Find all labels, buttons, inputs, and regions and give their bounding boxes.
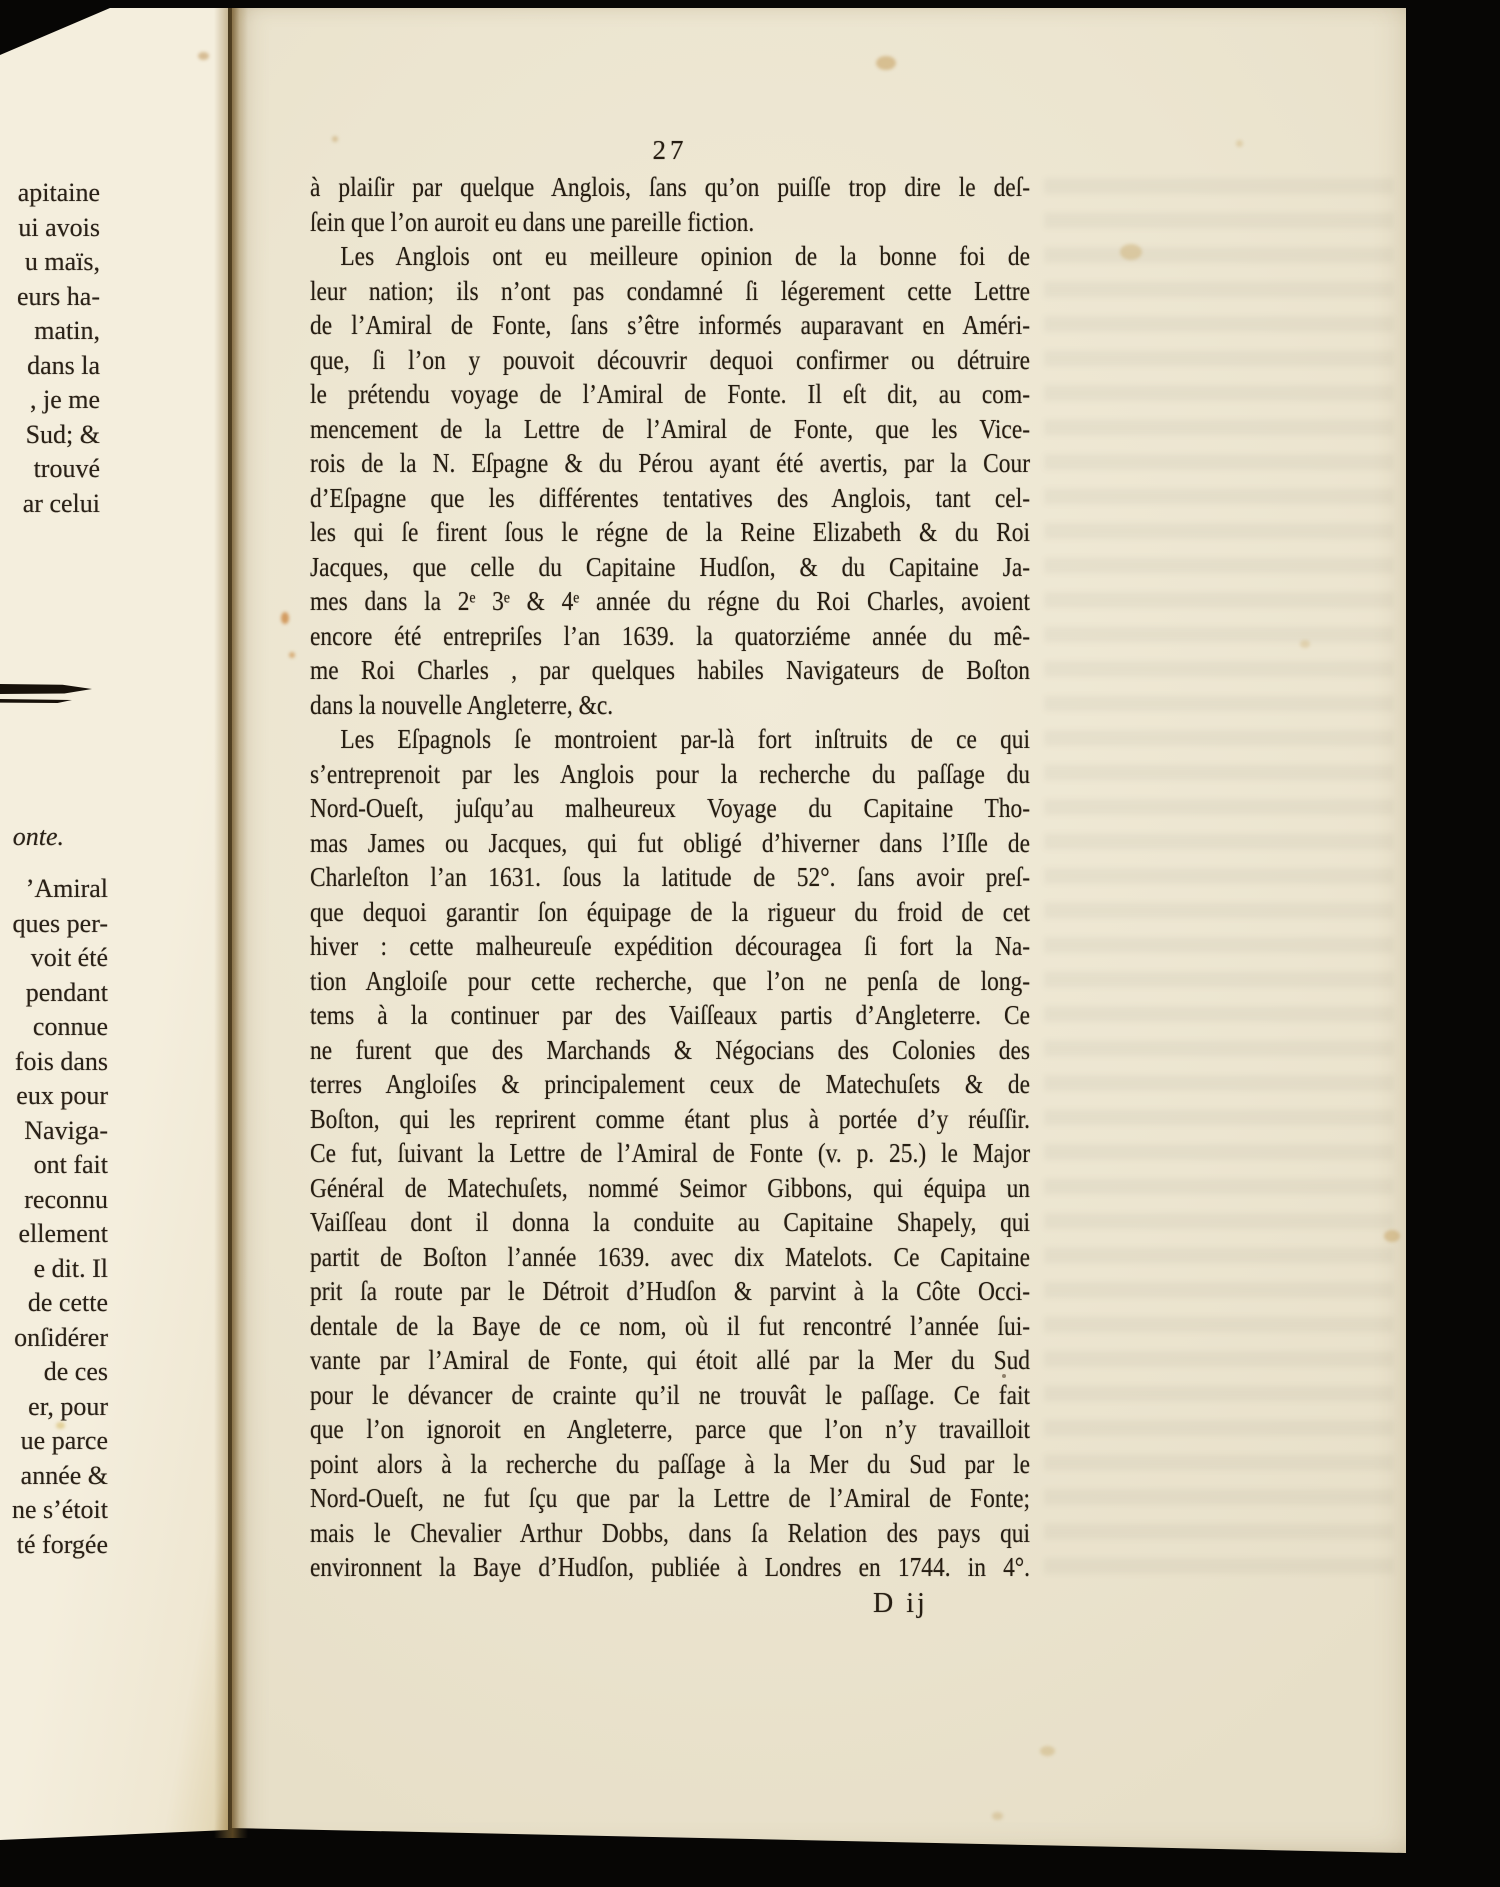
text-line: Nord-Oueſt, ne fut ſçu que par la Lettre… — [310, 1481, 1030, 1516]
text-line: mais le Chevalier Arthur Dobbs, dans ſa … — [310, 1516, 1030, 1551]
text-line: dans la nouvelle Angleterre, &c. — [310, 688, 1030, 723]
facing-line-fragment: ellement — [0, 1217, 108, 1252]
book-page: 27 à plaiſir par quelque Anglois, ſans q… — [232, 8, 1406, 1858]
facing-line-fragment: onſidérer — [0, 1321, 108, 1356]
facing-line-fragment: reconnu — [0, 1183, 108, 1218]
facing-line-fragment: eux pour — [0, 1079, 108, 1114]
foxing-spot — [1300, 640, 1310, 648]
verso-text-bleedthrough — [1044, 178, 1394, 1578]
facing-line-fragment: trouvé — [0, 452, 100, 487]
page-number: 27 — [310, 135, 1030, 166]
facing-line-fragment: e dit. Il — [0, 1252, 108, 1287]
facing-line-fragment: pendant — [0, 976, 108, 1011]
text-line: Général de Matechuſets, nommé Seimor Gib… — [310, 1171, 1030, 1206]
foxing-spot — [876, 56, 896, 70]
foxing-spot — [1236, 140, 1243, 147]
facing-line-fragment: matin, — [0, 314, 100, 349]
text-line: leur nation; ils n’ont pas condamné ſi l… — [310, 274, 1030, 309]
text-line: prit ſa route par le Détroit d’Hudſon & … — [310, 1274, 1030, 1309]
facing-line-fragment: ’Amiral — [0, 872, 108, 907]
facing-line-fragment: eurs ha- — [0, 280, 100, 315]
facing-line-fragment: apitaine — [0, 176, 100, 211]
text-line: ne furent que des Marchands & Négocians … — [310, 1033, 1030, 1068]
facing-line-fragment: dans la — [0, 349, 100, 384]
facing-line-fragment: ue parce — [0, 1424, 108, 1459]
text-line: les qui ſe firent ſous le régne de la Re… — [310, 515, 1030, 550]
text-line: ſein que l’on auroit eu dans une pareill… — [310, 205, 1030, 240]
foxing-spot — [289, 652, 295, 658]
text-line: Vaiſſeau dont il donna la conduite au Ca… — [310, 1205, 1030, 1240]
text-line: le prétendu voyage de l’Amiral de Fonte.… — [310, 377, 1030, 412]
foxing-spot — [56, 1422, 65, 1429]
facing-line-fragment: ui avois — [0, 211, 100, 246]
facing-line-fragment: té forgée — [0, 1528, 108, 1563]
text-line: tems à la continuer par des Vaiſſeaux pa… — [310, 998, 1030, 1033]
facing-line-fragment: ne s’étoit — [0, 1493, 108, 1528]
book-gutter-shadow — [214, 8, 248, 1838]
text-line: rois de la N. Eſpagne & du Pérou ayant é… — [310, 446, 1030, 481]
text-line: à plaiſir par quelque Anglois, ſans qu’o… — [310, 170, 1030, 205]
text-line: me Roi Charles , par quelques habiles Na… — [310, 653, 1030, 688]
foxing-spot — [992, 1812, 1003, 1820]
text-line: hiver : cette malheureuſe expédition déc… — [310, 929, 1030, 964]
text-line: encore été entrepriſes l’an 1639. la qua… — [310, 619, 1030, 654]
text-block: à plaiſir par quelque Anglois, ſans qu’o… — [310, 170, 1030, 1585]
foxing-spot — [1384, 1230, 1400, 1242]
facing-line-fragment: année & — [0, 1459, 108, 1494]
facing-line-fragment: de ces — [0, 1355, 108, 1390]
text-line: mencement de la Lettre de l’Amiral de Fo… — [310, 412, 1030, 447]
facing-fragments-bottom: ’Amiralques per-voit étépendantconnuefoi… — [0, 872, 108, 1562]
text-line: que, ſi l’on y pouvoit découvrir dequoi … — [310, 343, 1030, 378]
facing-line-fragment: Naviga- — [0, 1114, 108, 1149]
text-line: terres Angloiſes & principalement ceux d… — [310, 1067, 1030, 1102]
facing-line-fragment: , je me — [0, 383, 100, 418]
facing-line-fragment: er, pour — [0, 1390, 108, 1425]
text-line: mas James ou Jacques, qui fut obligé d’h… — [310, 826, 1030, 861]
facing-heading-fragment: onte. — [0, 822, 64, 852]
signature-mark: D ij — [873, 1588, 928, 1620]
foxing-spot — [332, 136, 338, 142]
text-line: Ce fut, ſuivant la Lettre de l’Amiral de… — [310, 1136, 1030, 1171]
text-line: vante par l’Amiral de Fonte, qui étoit a… — [310, 1343, 1030, 1378]
text-line: de l’Amiral de Fonte, ſans s’être inform… — [310, 308, 1030, 343]
facing-fragments-top: apitaineui avoisu maïs,eurs ha-matin,dan… — [0, 176, 100, 521]
foxing-spot — [1040, 1746, 1055, 1756]
facing-line-fragment: fois dans — [0, 1045, 108, 1080]
text-line: environnent la Baye d’Hudſon, publiée à … — [310, 1550, 1030, 1585]
facing-line-fragment: ont fait — [0, 1148, 108, 1183]
text-line: tion Angloiſe pour cette recherche, que … — [310, 964, 1030, 999]
text-line: pour le dévancer de crainte qu’il ne tro… — [310, 1378, 1030, 1413]
facing-line-fragment: voit été — [0, 941, 108, 976]
text-line: que l’on ignoroit en Angleterre, parce q… — [310, 1412, 1030, 1447]
section-rule-ornament — [0, 684, 92, 694]
foxing-spot — [1002, 1374, 1006, 1378]
text-line: s’entreprenoit par les Anglois pour la r… — [310, 757, 1030, 792]
text-line: que dequoi garantir ſon équipage de la r… — [310, 895, 1030, 930]
facing-line-fragment: u maïs, — [0, 245, 100, 280]
facing-line-fragment: ar celui — [0, 487, 100, 522]
foxing-spot — [198, 52, 209, 60]
text-line: Les Anglois ont eu meilleure opinion de … — [310, 239, 1030, 274]
foxing-spot — [1120, 244, 1142, 260]
text-line: dentale de la Baye de ce nom, où il fut … — [310, 1309, 1030, 1344]
text-line: mes dans la 2ᵉ 3ᵉ & 4ᵉ année du régne du… — [310, 584, 1030, 619]
facing-line-fragment: de cette — [0, 1286, 108, 1321]
facing-page: apitaineui avoisu maïs,eurs ha-matin,dan… — [0, 8, 228, 1840]
facing-line-fragment: connue — [0, 1010, 108, 1045]
text-line: d’Eſpagne que les différentes tentatives… — [310, 481, 1030, 516]
text-line: Jacques, que celle du Capitaine Hudſon, … — [310, 550, 1030, 585]
text-line: Boſton, qui les reprirent comme étant pl… — [310, 1102, 1030, 1137]
facing-line-fragment: ques per- — [0, 907, 108, 942]
text-line: Les Eſpagnols ſe montroient par-là fort … — [310, 722, 1030, 757]
section-rule-ornament-thin — [0, 699, 72, 703]
text-line: Charleſton l’an 1631. ſous la latitude d… — [310, 860, 1030, 895]
text-line: partit de Boſton l’année 1639. avec dix … — [310, 1240, 1030, 1275]
text-line: Nord-Oueſt, juſqu’au malheureux Voyage d… — [310, 791, 1030, 826]
text-line: point alors à la recherche du paſſage à … — [310, 1447, 1030, 1482]
foxing-spot — [281, 612, 289, 624]
facing-line-fragment: Sud; & — [0, 418, 100, 453]
